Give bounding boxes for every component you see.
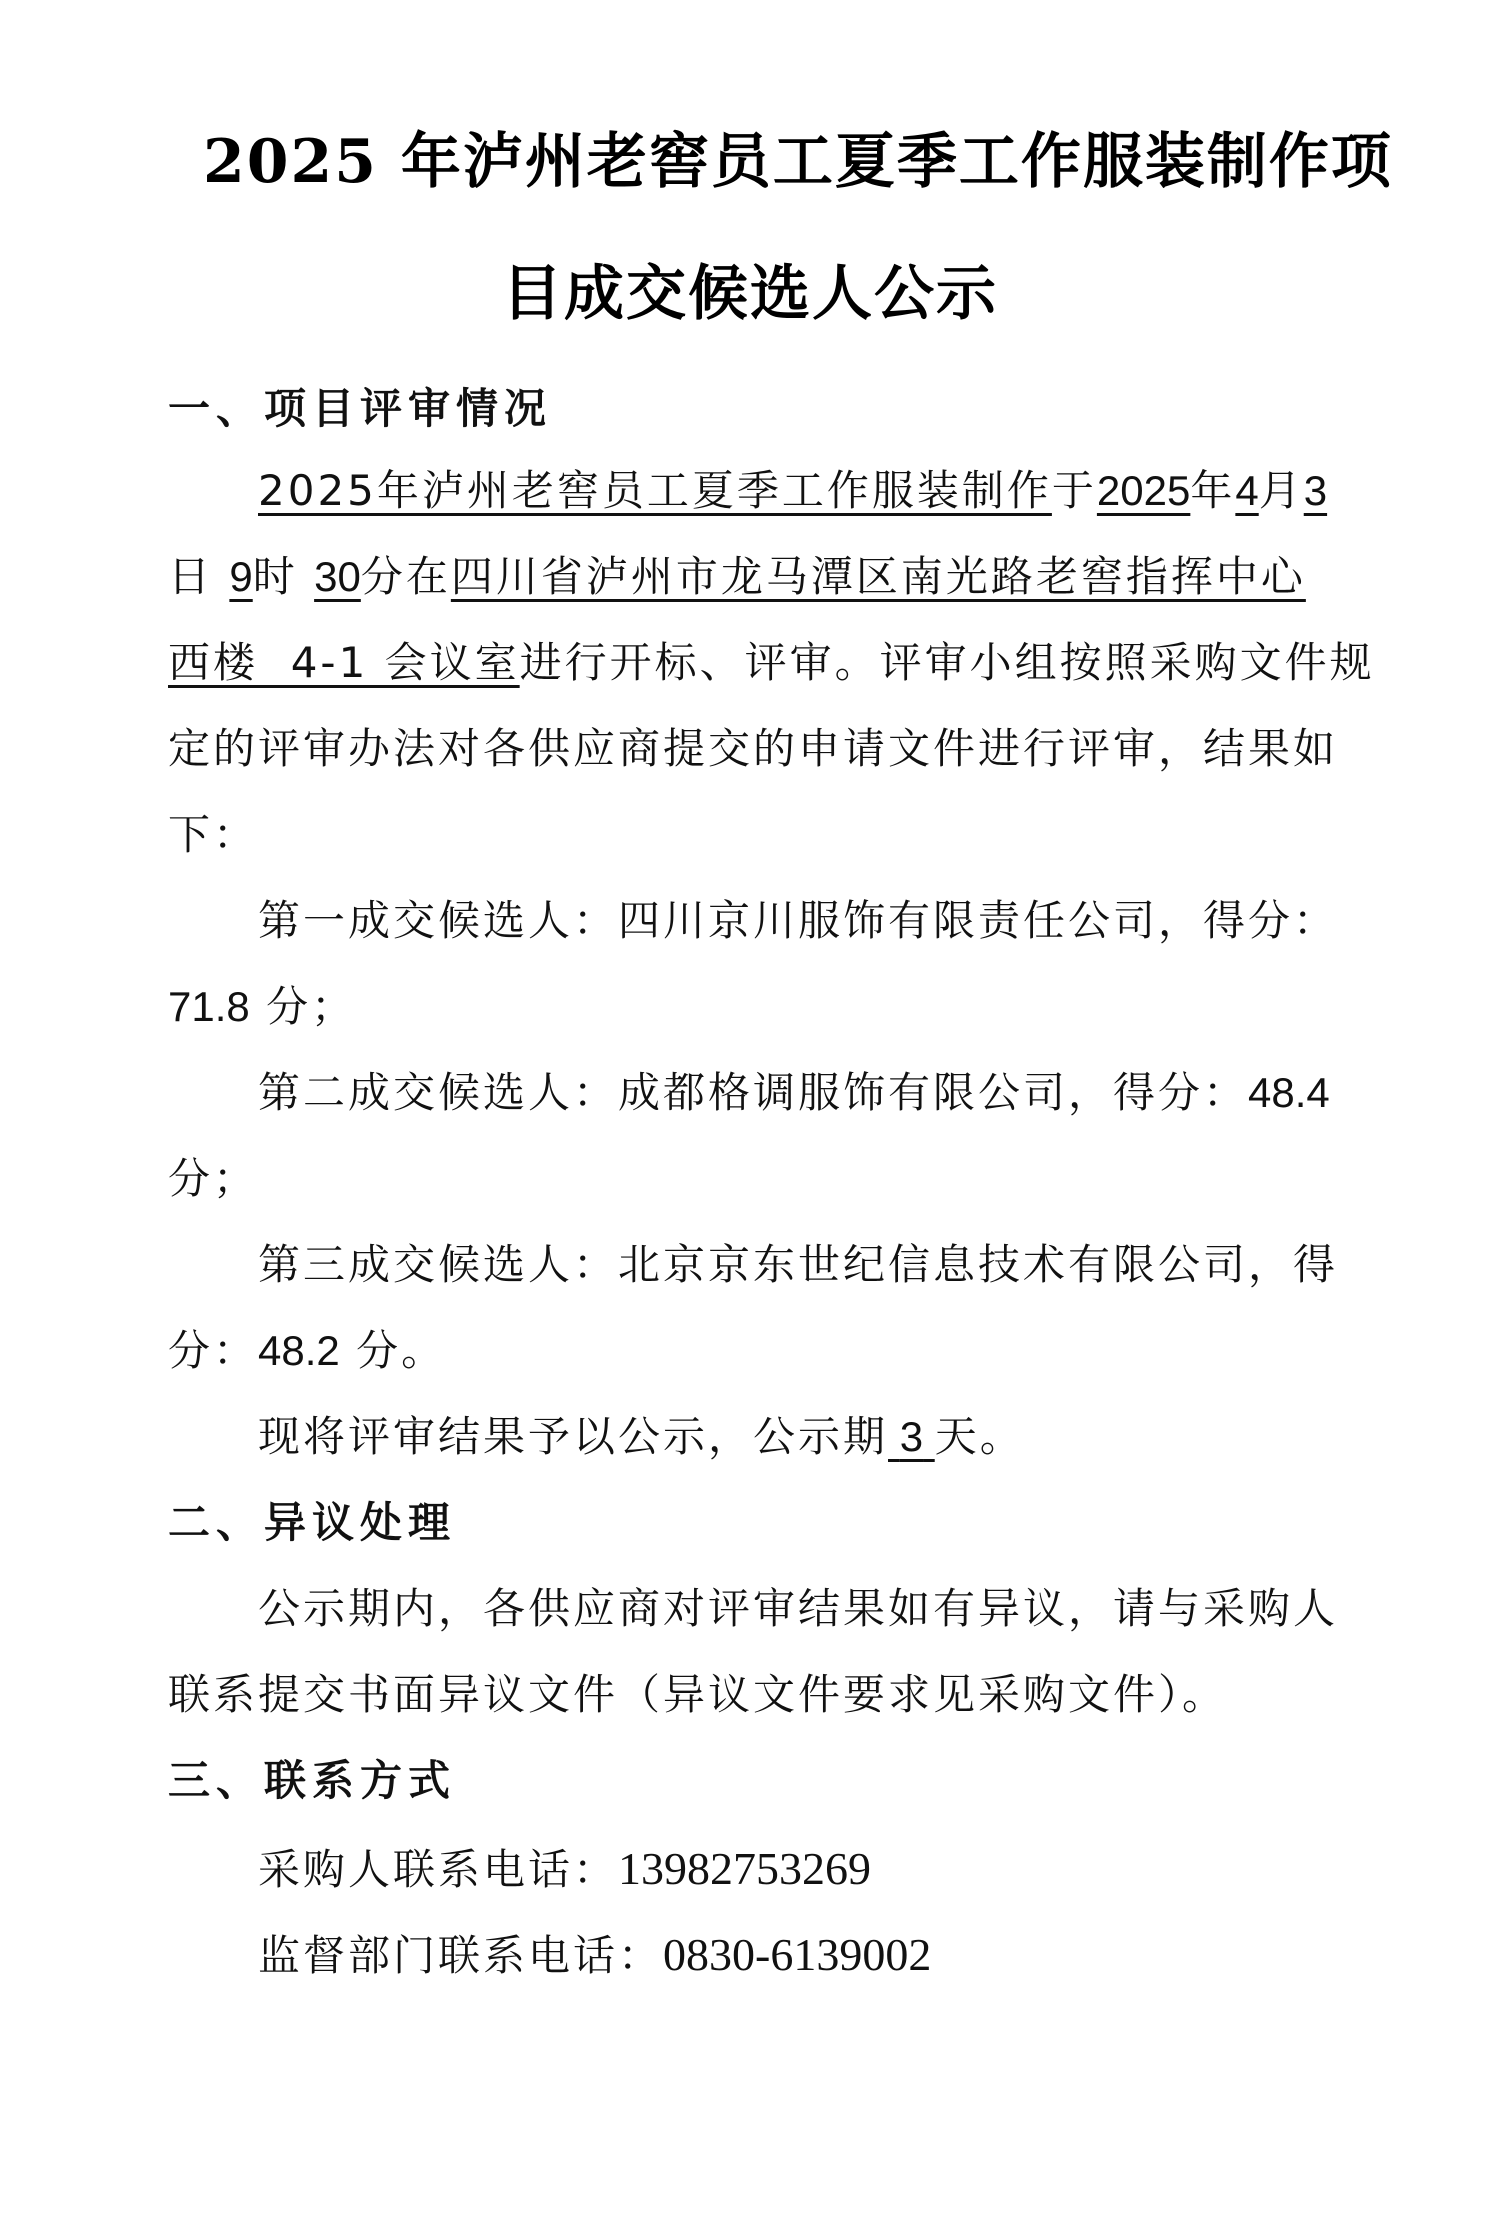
score-unit: 分； bbox=[266, 982, 356, 1031]
text: 时 bbox=[253, 552, 298, 601]
supervisor-phone: 0830-6139002 bbox=[663, 1929, 931, 1980]
days-value: 3 bbox=[900, 1413, 923, 1460]
review-paragraph-line1: 2025年泸州老窖员工夏季工作服装制作于2025年4月3 bbox=[258, 470, 1327, 512]
score-label: 分： bbox=[168, 1326, 258, 1375]
purchaser-contact: 采购人联系电话：13982753269 bbox=[258, 1846, 871, 1892]
supervisor-contact: 监督部门联系电话：0830-6139002 bbox=[258, 1932, 931, 1978]
text: 天。 bbox=[935, 1412, 1025, 1461]
purchaser-phone: 13982753269 bbox=[618, 1843, 871, 1894]
text: 分在 bbox=[361, 552, 451, 601]
candidate-3: 第三成交候选人：北京京东世纪信息技术有限公司，得 bbox=[258, 1244, 1338, 1286]
objection-line1: 公示期内，各供应商对评审结果如有异议，请与采购人 bbox=[258, 1588, 1338, 1630]
review-paragraph-line3: 西楼 4-1 会议室进行开标、评审。评审小组按照采购文件规 bbox=[168, 642, 1375, 684]
candidate-score: 48.2 bbox=[258, 1327, 340, 1374]
candidate-rank-label: 第二成交候选人： bbox=[258, 1068, 618, 1117]
text: 月 bbox=[1259, 466, 1304, 515]
document-title-line2: 目成交候选人公示 bbox=[0, 264, 1500, 324]
text: 于 bbox=[1052, 466, 1097, 515]
review-paragraph-line5: 下： bbox=[168, 814, 258, 856]
score-unit: 分。 bbox=[356, 1326, 446, 1375]
announcement-page: 2025 年泸州老窖员工夏季工作服装制作项 目成交候选人公示 一、项目评审情况 … bbox=[0, 0, 1500, 2216]
text: 年 bbox=[1190, 466, 1235, 515]
candidate-company: 四川京川服饰有限责任公司 bbox=[618, 896, 1158, 945]
section1-heading: 一、项目评审情况 bbox=[168, 388, 552, 430]
text: 现将评审结果予以公示，公示期 bbox=[258, 1412, 888, 1461]
candidate-rank-label: 第一成交候选人： bbox=[258, 896, 618, 945]
section2-heading: 二、异议处理 bbox=[168, 1502, 456, 1544]
supervisor-phone-label: 监督部门联系电话： bbox=[258, 1931, 663, 1980]
candidate-2: 第二成交候选人：成都格调服饰有限公司，得分：48.4 bbox=[258, 1072, 1330, 1114]
text: 进行开标、评审。评审小组按照采购文件规 bbox=[520, 638, 1375, 687]
project-name: 2025年泸州老窖员工夏季工作服装制作 bbox=[258, 466, 1052, 515]
objection-line2: 联系提交书面异议文件（异议文件要求见采购文件）。 bbox=[168, 1674, 1227, 1716]
candidate-score: 71.8 bbox=[168, 983, 250, 1030]
candidate-rank-label: 第三成交候选人： bbox=[258, 1240, 618, 1289]
score-label: ，得分： bbox=[1158, 896, 1338, 945]
candidate-score: 48.4 bbox=[1248, 1069, 1330, 1116]
review-year: 2025 bbox=[1097, 467, 1190, 514]
review-minute: 30 bbox=[314, 553, 361, 600]
candidate-2-score-line: 分； bbox=[168, 1158, 258, 1200]
candidate-1-score-line: 71.8 分； bbox=[168, 986, 356, 1028]
candidate-company: 北京京东世纪信息技术有限公司 bbox=[618, 1240, 1248, 1289]
purchaser-phone-label: 采购人联系电话： bbox=[258, 1845, 618, 1894]
candidate-company: 成都格调服饰有限公司 bbox=[618, 1068, 1068, 1117]
document-title-line1: 2025 年泸州老窖员工夏季工作服装制作项 bbox=[48, 132, 1500, 192]
review-location-part2: 西楼 4-1 会议室 bbox=[168, 638, 520, 687]
publicity-days: 3 bbox=[888, 1413, 935, 1460]
score-label: ，得分： bbox=[1068, 1068, 1248, 1117]
text: 日 bbox=[168, 552, 213, 601]
candidate-3-score-line: 分：48.2 分。 bbox=[168, 1330, 446, 1372]
candidate-1: 第一成交候选人：四川京川服饰有限责任公司，得分： bbox=[258, 900, 1338, 942]
review-day: 3 bbox=[1304, 467, 1327, 514]
section3-heading: 三、联系方式 bbox=[168, 1760, 456, 1802]
review-paragraph-line4: 定的评审办法对各供应商提交的申请文件进行评审，结果如 bbox=[168, 728, 1338, 770]
review-location-part1: 四川省泸州市龙马潭区南光路老窖指挥中心 bbox=[451, 552, 1306, 601]
review-hour: 9 bbox=[229, 553, 252, 600]
score-label: ，得 bbox=[1248, 1240, 1338, 1289]
review-month: 4 bbox=[1235, 467, 1258, 514]
review-paragraph-line2: 日 9时 30分在四川省泸州市龙马潭区南光路老窖指挥中心 bbox=[168, 556, 1306, 598]
score-unit: 分； bbox=[168, 1154, 258, 1203]
publicity-period: 现将评审结果予以公示，公示期 3 天。 bbox=[258, 1416, 1025, 1458]
